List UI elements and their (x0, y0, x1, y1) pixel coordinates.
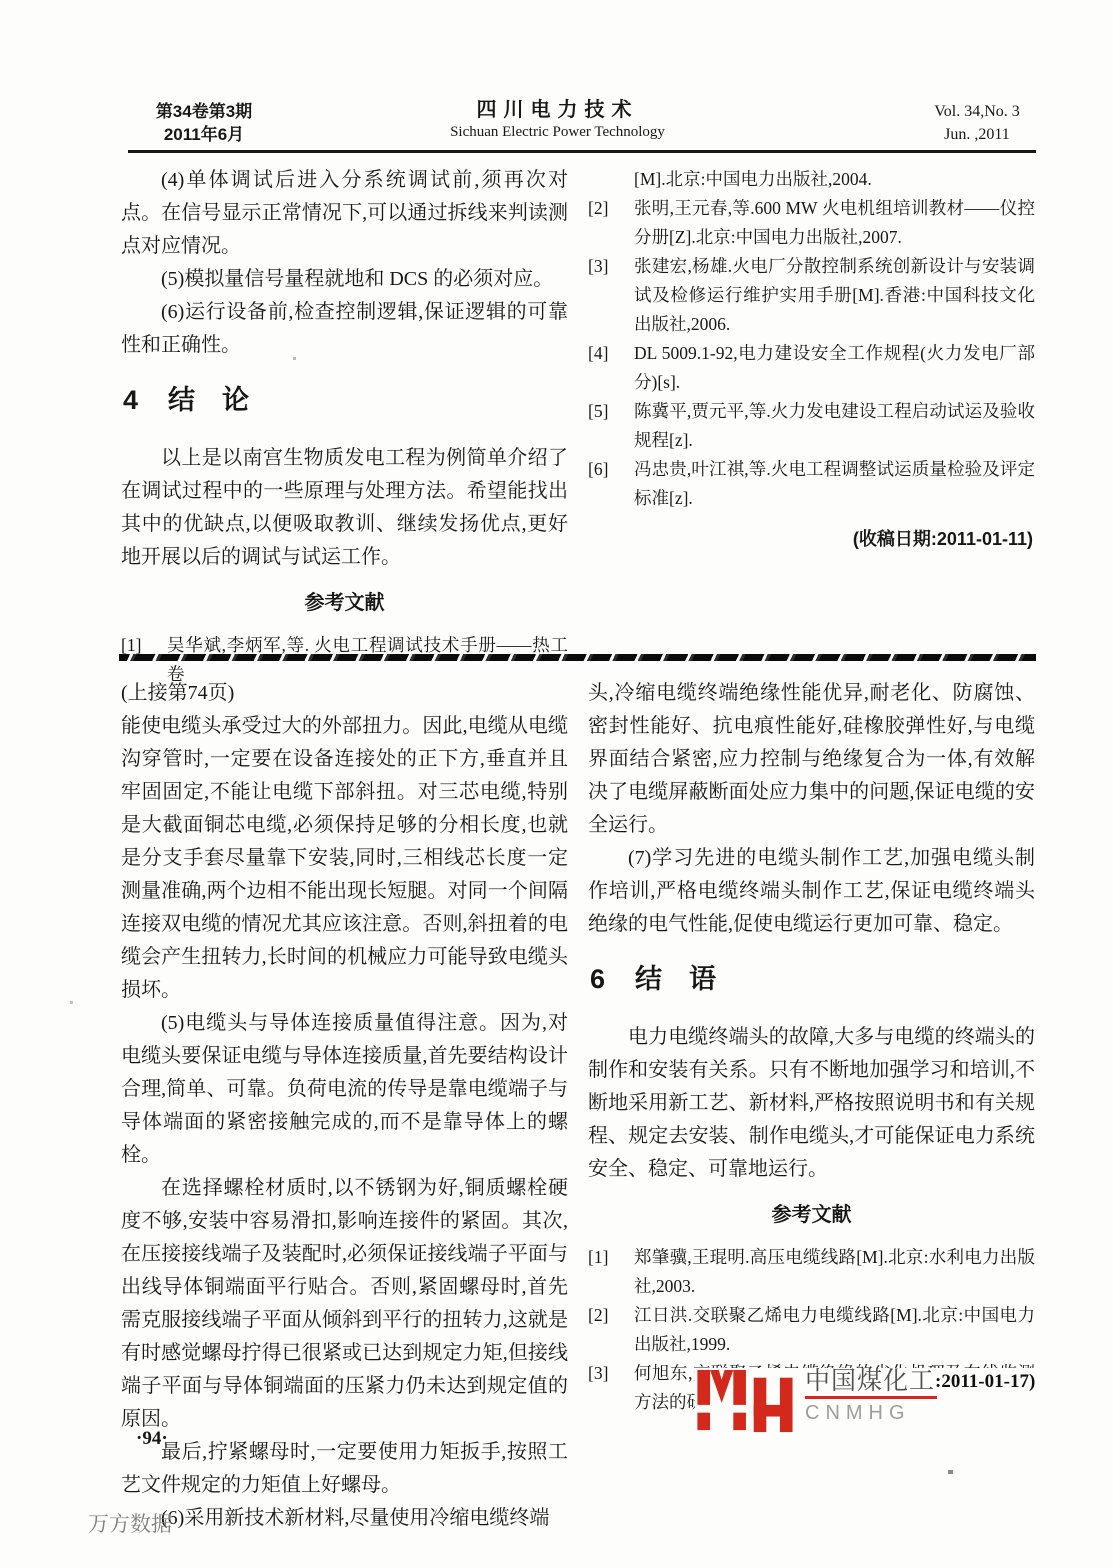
continued-from-note: (上接第74页) (121, 677, 568, 710)
wanfang-data-mark: 万方数据 (88, 1508, 172, 1538)
watermark-en-label: CNMHG (805, 1401, 1035, 1426)
paragraph: 头,冷缩电缆终端绝缘性能优异,耐老化、防腐蚀、密封性能好、抗电痕性能好,硅橡胶弹… (588, 677, 1035, 842)
section-heading-conclusion: 4结 论 (123, 383, 568, 417)
section-title: 结 论 (168, 385, 249, 415)
reference-number: [6] (588, 455, 608, 484)
paragraph: (7)学习先进的电缆头制作工艺,加强电缆头制作培训,严格电缆终端头制作工艺,保证… (588, 842, 1035, 941)
reference-item: [2]江日洪.交联聚乙烯电力电缆线路[M].北京:中国电力出版社,1999. (588, 1301, 1035, 1359)
paragraph: (6)采用新技术新材料,尽量使用冷缩电缆终端 (121, 1502, 568, 1535)
reference-number: [3] (588, 252, 608, 281)
section-heading-closing: 6结 语 (590, 962, 1035, 996)
section-number: 6 (590, 964, 605, 994)
header-journal-title: 四川电力技术 Sichuan Electric Power Technology (390, 98, 725, 143)
paragraph: (5)电缆头与导体连接质量值得注意。因为,对电缆头要保证电缆与导体连接质量,首先… (121, 1007, 568, 1172)
reference-text: 郑肇骥,王琨明.高压电缆线路[M].北京:水利电力出版社,2003. (634, 1247, 1035, 1296)
article1-right-column: [M].北京:中国电力出版社,2004. [2]张明,王元春,等.600 MW … (588, 165, 1035, 554)
paragraph: (4)单体调试后进入分系统调试前,须再次对点。在信号显示正常情况下,可以通过拆线… (121, 164, 568, 263)
reference-number: [3] (588, 1359, 608, 1388)
article1-left-column: (4)单体调试后进入分系统调试前,须再次对点。在信号显示正常情况下,可以通过拆线… (121, 164, 568, 689)
header-volume-en: Vol. 34,No. 3 Jun. ,2011 (916, 100, 1038, 146)
paragraph: 以上是以南宫生物质发电工程为例简单介绍了在调试过程中的一些原理与处理方法。希望能… (121, 442, 568, 574)
paragraph: 在选择螺栓材质时,以不锈钢为好,铜质螺栓硬度不够,安装中容易滑扣,影响连接件的紧… (121, 1172, 568, 1436)
reference-number: [1] (588, 1243, 608, 1272)
volume-date: Jun. ,2011 (916, 123, 1038, 146)
scan-speck (293, 357, 296, 360)
volume-number: Vol. 34,No. 3 (916, 100, 1038, 123)
reference-text: 冯忠贵,叶江祺,等.火电工程调整试运质量检验及评定标准[z]. (634, 459, 1035, 508)
watermark-text: 中国煤化工 :2011-01-17) CNMHG (805, 1368, 1035, 1426)
reference-text: 江日洪.交联聚乙烯电力电缆线路[M].北京:中国电力出版社,1999. (634, 1305, 1035, 1354)
page-number: ·94· (136, 1428, 168, 1450)
article2-left-column: (上接第74页) 能使电缆头承受过大的外部扭力。因此,电缆从电缆沟穿管时,一定要… (121, 677, 568, 1535)
article2-right-column: 头,冷缩电缆终端绝缘性能优异,耐老化、防腐蚀、密封性能好、抗电痕性能好,硅橡胶弹… (588, 677, 1035, 1417)
watermark-cn-label: 中国煤化工 (805, 1368, 935, 1395)
reference-item: [1]郑肇骥,王琨明.高压电缆线路[M].北京:水利电力出版社,2003. (588, 1243, 1035, 1301)
issue-volume: 第34卷第3期 (134, 100, 274, 123)
received-date-fragment: :2011-01-17) (935, 1368, 1035, 1395)
issue-date: 2011年6月 (134, 123, 274, 146)
references-heading: 参考文献 (588, 1199, 1035, 1232)
reference-item: [6]冯忠贵,叶江祺,等.火电工程调整试运质量检验及评定标准[z]. (588, 455, 1035, 513)
watermark-underline (805, 1396, 937, 1399)
reference-number: [2] (588, 194, 608, 223)
journal-title-en: Sichuan Electric Power Technology (390, 122, 725, 143)
reference-text: 张建宏,杨雄.火电厂分散控制系统创新设计与安装调试及检修运行维护实用手册[M].… (634, 256, 1035, 334)
paragraph: 电力电缆终端头的故障,大多与电缆的终端头的制作和安装有关系。只有不断地加强学习和… (588, 1021, 1035, 1186)
reference-item: [2]张明,王元春,等.600 MW 火电机组培训教材——仪控分册[Z].北京:… (588, 194, 1035, 252)
paragraph: (6)运行设备前,检查控制逻辑,保证逻辑的可靠性和正确性。 (121, 296, 568, 362)
section-number: 4 (123, 385, 138, 415)
header-rule (128, 150, 1036, 153)
reference-number: [2] (588, 1301, 608, 1330)
header-issue: 第34卷第3期 2011年6月 (134, 100, 274, 146)
reference-text: DL 5009.1-92,电力建设安全工作规程(火力发电厂部分)[s]. (634, 343, 1035, 392)
paragraph: (5)模拟量信号量程就地和 DCS 的必须对应。 (121, 263, 568, 296)
paragraph: 能使电缆头承受过大的外部扭力。因此,电缆从电缆沟穿管时,一定要在设备连接处的正下… (121, 710, 568, 1007)
reference-text: 张明,王元春,等.600 MW 火电机组培训教材——仪控分册[Z].北京:中国电… (634, 198, 1035, 247)
paragraph: 最后,拧紧螺母时,一定要使用力矩扳手,按照工艺文件规定的力矩值上好螺母。 (121, 1436, 568, 1502)
cnmhg-logo-icon (695, 1368, 793, 1434)
reference-item: [3]张建宏,杨雄.火电厂分散控制系统创新设计与安装调试及检修运行维护实用手册[… (588, 252, 1035, 339)
received-date: (收稿日期:2011-01-11) (588, 525, 1033, 554)
section-title: 结 语 (635, 964, 716, 994)
cnmhg-watermark: 中国煤化工 :2011-01-17) CNMHG (695, 1368, 1040, 1442)
reference-number: [4] (588, 339, 608, 368)
reference-continuation: [M].北京:中国电力出版社,2004. (588, 165, 1035, 194)
reference-list: [M].北京:中国电力出版社,2004. [2]张明,王元春,等.600 MW … (588, 165, 1035, 554)
journal-title-cn: 四川电力技术 (390, 98, 725, 122)
reference-item: [4]DL 5009.1-92,电力建设安全工作规程(火力发电厂部分)[s]. (588, 339, 1035, 397)
references-heading: 参考文献 (121, 587, 568, 620)
reference-item: [5]陈冀平,贾元平,等.火力发电建设工程启动试运及验收规程[z]. (588, 397, 1035, 455)
journal-page: 第34卷第3期 2011年6月 四川电力技术 Sichuan Electric … (0, 0, 1113, 1568)
reference-text: 陈冀平,贾元平,等.火力发电建设工程启动试运及验收规程[z]. (634, 401, 1035, 450)
scan-speck (948, 1470, 953, 1474)
article-divider-rule (119, 654, 1036, 661)
reference-number: [5] (588, 397, 608, 426)
scan-speck (70, 1001, 73, 1004)
